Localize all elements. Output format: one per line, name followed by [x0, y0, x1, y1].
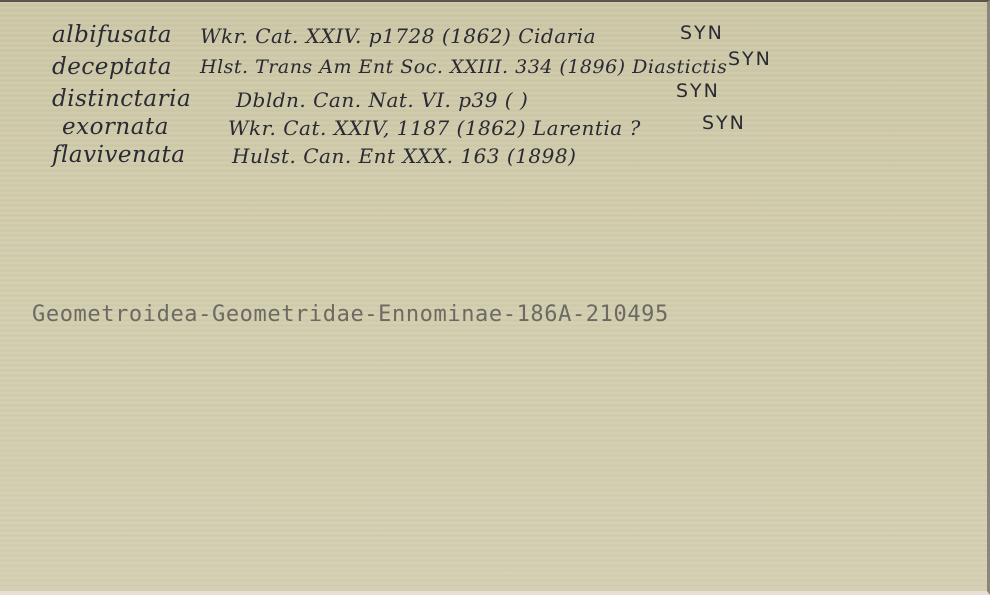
entry-1-name: albifusata — [52, 22, 172, 48]
entry-1-reference: Wkr. Cat. XXIV. p1728 (1862) Cidaria — [200, 24, 596, 48]
entry-2-status: SYN — [728, 48, 772, 70]
index-card: albifusata Wkr. Cat. XXIV. p1728 (1862) … — [0, 0, 990, 595]
entry-2-name: deceptata — [52, 54, 172, 80]
entry-4-reference: Wkr. Cat. XXIV, 1187 (1862) Larentia ? — [228, 116, 641, 140]
entry-2-reference: Hlst. Trans Am Ent Soc. XXIII. 334 (1896… — [200, 56, 727, 78]
entry-5-reference: Hulst. Can. Ent XXX. 163 (1898) — [232, 144, 576, 168]
entry-4-name: exornata — [62, 114, 169, 140]
entry-5-name: flavivenata — [52, 142, 186, 168]
entry-3-name: distinctaria — [52, 86, 191, 112]
entry-3-reference: Dbldn. Can. Nat. VI. p39 ( ) — [236, 88, 528, 112]
entry-3-status: SYN — [676, 80, 720, 102]
entry-4-status: SYN — [702, 112, 746, 134]
entry-1-status: SYN — [680, 22, 724, 44]
classification-code: Geometroidea-Geometridae-Ennominae-186A-… — [32, 302, 669, 327]
